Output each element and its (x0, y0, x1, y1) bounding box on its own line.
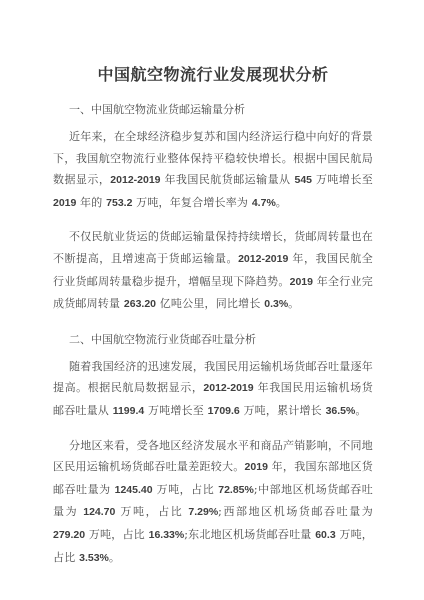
statistic-value: 72.85% (218, 484, 254, 496)
paragraph-transport-volume-growth: 近年来，在全球经济稳步复苏和国内经济运行稳中向好的背景下，我国航空物流行业整体保… (53, 126, 373, 214)
statistic-value: 36.5% (326, 405, 356, 417)
text-run: ;东北地区机场货邮吞吐量 (184, 528, 315, 541)
statistic-value: 2012-2019 (238, 253, 288, 265)
paragraph-turnover-growth: 不仅民航业货运的货邮运输量保持持续增长，货邮周转量也在不断提高，且增速高于货邮运… (53, 226, 373, 315)
text-run: 万吨，占比 (85, 528, 148, 541)
statistic-value: 545 (294, 174, 312, 186)
paragraph-regional-throughput: 分地区来看，受各地区经济发展水平和商品产销影响，不同地区民用运输机场货邮吞吐量差… (53, 435, 373, 570)
statistic-value: 0.3% (264, 298, 288, 310)
statistic-value: 2019 (53, 197, 76, 209)
statistic-value: 753.2 (106, 197, 132, 209)
text-run: 。 (288, 297, 299, 310)
statistic-value: 60.3 (315, 529, 335, 541)
statistic-value: 2019 (290, 276, 313, 288)
text-run: 。 (276, 196, 287, 209)
text-run: 年我国民航货邮运输量从 (161, 173, 295, 186)
text-run: ;西部地区机场货邮吞吐量为 (218, 505, 373, 518)
text-run: 亿吨公里，同比增长 (156, 297, 264, 310)
text-run: 万吨，年复合增长率为 (132, 196, 251, 209)
statistic-value: 124.70 (83, 506, 115, 518)
text-run: 。 (355, 404, 366, 417)
statistic-value: 1199.4 (113, 405, 145, 417)
statistic-value: 263.20 (124, 298, 156, 310)
statistic-value: 1709.6 (208, 405, 240, 417)
statistic-value: 7.29% (188, 506, 218, 518)
text-run: 万吨，占比 (153, 483, 219, 496)
text-run: 万吨增长至 (144, 404, 207, 417)
section-heading-throughput: 二、中国航空物流行业货邮吞吐量分析 (53, 332, 373, 347)
statistic-value: 16.33% (149, 529, 185, 541)
statistic-value: 1245.40 (115, 484, 153, 496)
statistic-value: 2019 (245, 461, 268, 473)
document-page: 中国航空物流行业发展现状分析 一、中国航空物流业货邮运输量分析 近年来，在全球经… (0, 0, 424, 600)
text-run: 万吨增长至 (312, 173, 373, 186)
text-run: 。 (109, 551, 120, 564)
text-run: 万吨，累计增长 (240, 404, 326, 417)
statistic-value: 3.53% (79, 552, 109, 564)
section-heading-transport-volume: 一、中国航空物流业货邮运输量分析 (53, 102, 373, 117)
text-run: 万吨，占比 (115, 505, 188, 518)
statistic-value: 2012-2019 (203, 382, 253, 394)
paragraph-throughput-growth: 随着我国经济的迅速发展，我国民用运输机场货邮吞吐量逐年提高。根据民航局数据显示，… (53, 356, 373, 423)
text-run: 年的 (76, 196, 106, 209)
statistic-value: 279.20 (53, 529, 85, 541)
statistic-value: 4.7% (252, 197, 276, 209)
statistic-value: 2012-2019 (110, 174, 160, 186)
document-title: 中国航空物流行业发展现状分析 (53, 62, 373, 85)
